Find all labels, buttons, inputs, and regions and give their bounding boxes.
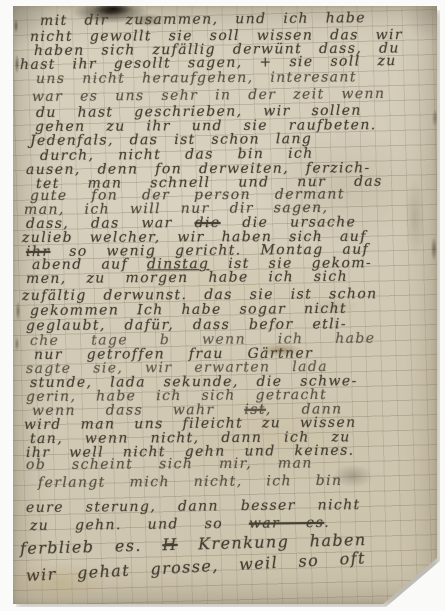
paper-stains-and-edge-marks (13, 6, 437, 604)
scanned-letter-image: mit dir zusammen, und ich habenicht gewo… (0, 0, 445, 611)
letter-paper (13, 6, 437, 604)
